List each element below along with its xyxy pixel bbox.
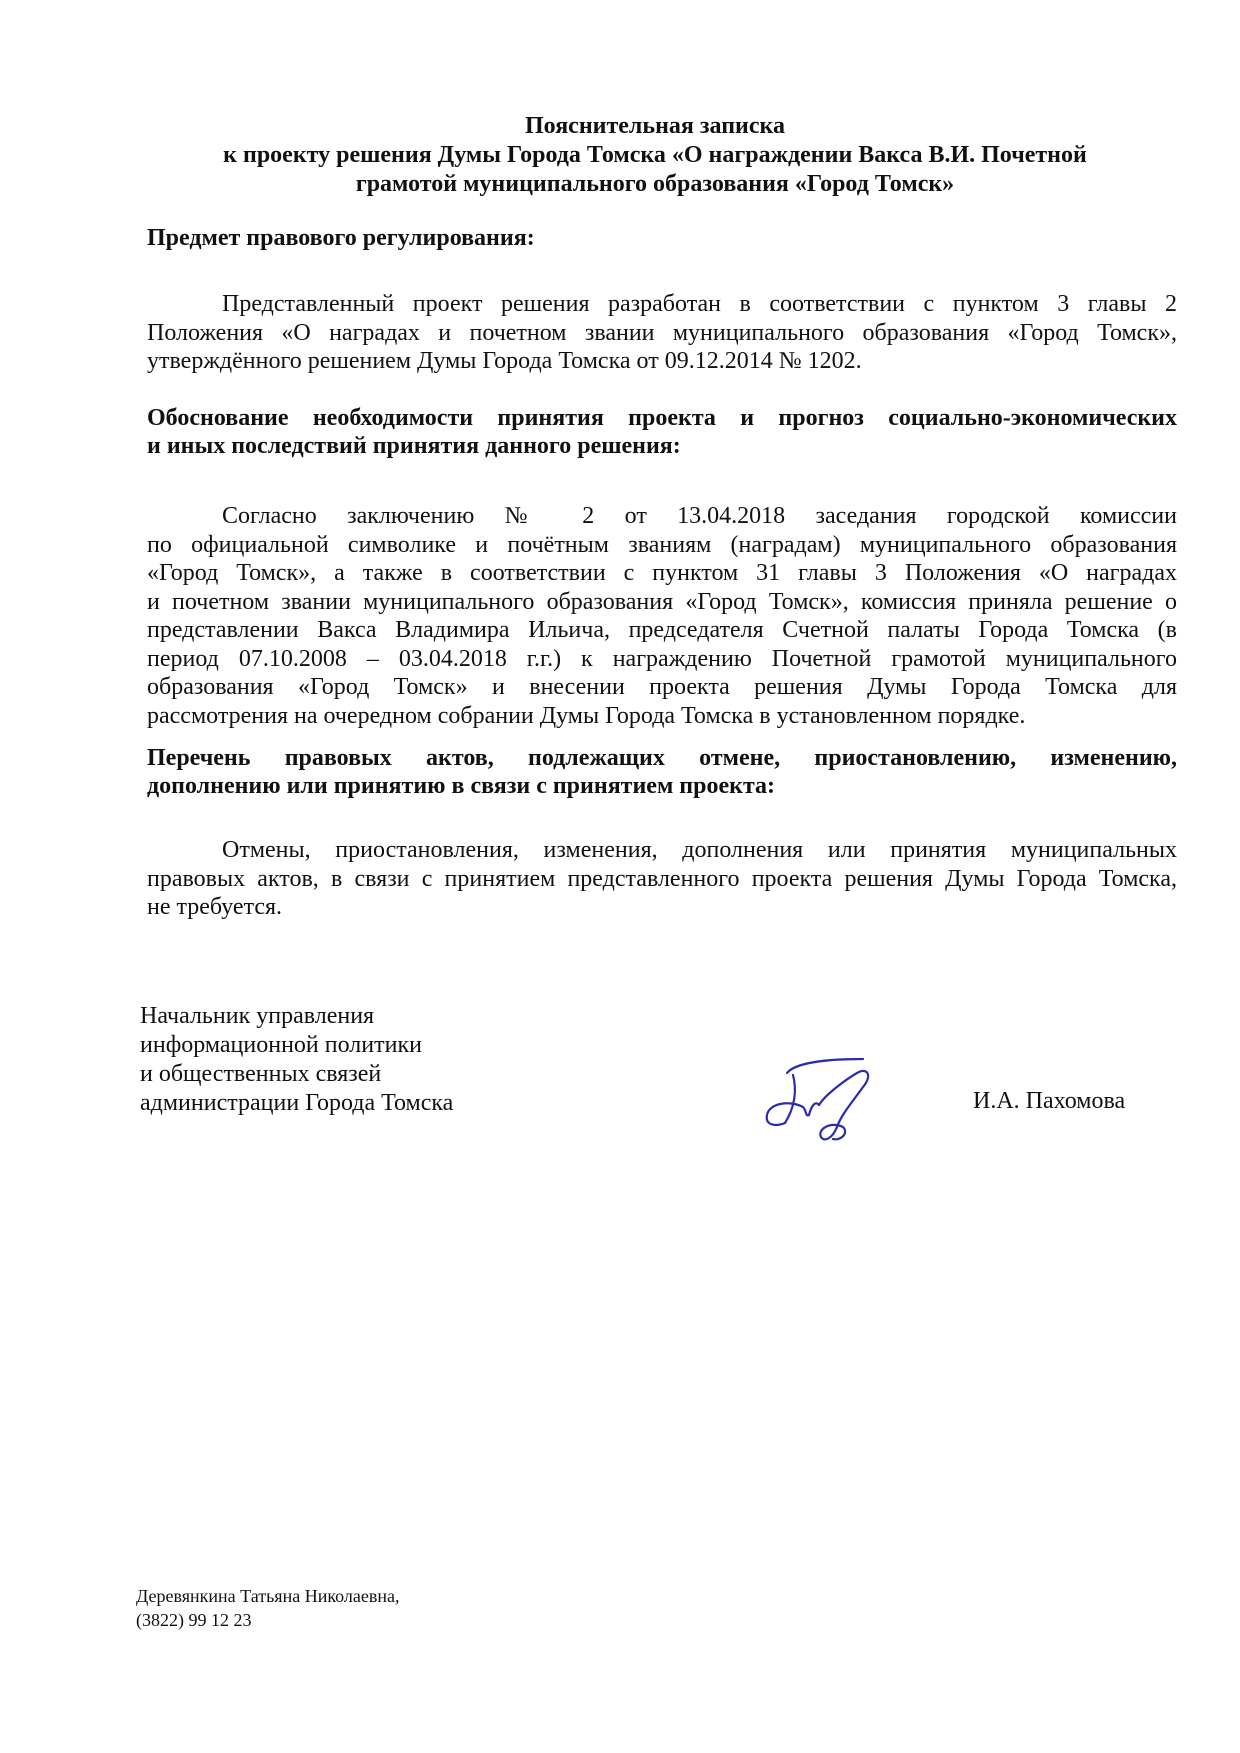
heading-line: и иных последствий принятия данного реше… xyxy=(147,432,1177,460)
document-title-line-3: грамотой муниципального образования «Гор… xyxy=(150,170,1160,199)
text-line: не требуется. xyxy=(147,893,1177,922)
text-line: правовых актов, в связи с принятием пред… xyxy=(147,865,1177,894)
text-line: Положения «О наградах и почетном звании … xyxy=(147,319,1177,348)
heading-line: дополнению или принятию в связи с принят… xyxy=(147,772,1177,800)
position-line: администрации Города Томска xyxy=(140,1089,453,1118)
section-heading-subject: Предмет правового регулирования: xyxy=(147,224,1177,252)
text-line: Согласно заключению № 2 от 13.04.2018 за… xyxy=(147,502,1177,531)
position-line: Начальник управления xyxy=(140,1002,453,1031)
section-heading-legal-acts: Перечень правовых актов, подлежащих отме… xyxy=(147,744,1177,800)
executor-name: Деревянкина Татьяна Николаевна, xyxy=(136,1584,400,1608)
heading-line: Обоснование необходимости принятия проек… xyxy=(147,404,1177,432)
text-line: Отмены, приостановления, изменения, допо… xyxy=(147,836,1177,865)
text-line: образования «Город Томск» и внесении про… xyxy=(147,673,1177,702)
text-line: и почетном звании муниципального образов… xyxy=(147,588,1177,617)
document-page: Пояснительная записка к проекту решения … xyxy=(0,0,1240,1753)
executor-info: Деревянкина Татьяна Николаевна, (3822) 9… xyxy=(136,1584,400,1632)
document-title-line-1: Пояснительная записка xyxy=(150,112,1160,141)
text-line: рассмотрения на очередном собрании Думы … xyxy=(147,702,1177,731)
section-body-justification: Согласно заключению № 2 от 13.04.2018 за… xyxy=(147,502,1177,730)
heading-line: Перечень правовых актов, подлежащих отме… xyxy=(147,744,1177,772)
section-heading-justification: Обоснование необходимости принятия проек… xyxy=(147,404,1177,460)
signatory-name: И.А. Пахомова xyxy=(973,1088,1125,1115)
executor-phone: (3822) 99 12 23 xyxy=(136,1608,400,1632)
position-line: информационной политики xyxy=(140,1031,453,1060)
signatory-position: Начальник управления информационной поли… xyxy=(140,1002,453,1118)
handwritten-signature-icon xyxy=(745,1045,885,1150)
text-line: Представленный проект решения разработан… xyxy=(147,290,1177,319)
text-line: утверждённого решением Думы Города Томск… xyxy=(147,347,1177,376)
text-line: по официальной символике и почётным зван… xyxy=(147,531,1177,560)
section-body-subject: Представленный проект решения разработан… xyxy=(147,290,1177,376)
document-title-line-2: к проекту решения Думы Города Томска «О … xyxy=(150,141,1160,170)
text-line: представлении Вакса Владимира Ильича, пр… xyxy=(147,616,1177,645)
text-line: период 07.10.2008 – 03.04.2018 г.г.) к н… xyxy=(147,645,1177,674)
section-body-legal-acts: Отмены, приостановления, изменения, допо… xyxy=(147,836,1177,922)
text-line: «Город Томск», а также в соответствии с … xyxy=(147,559,1177,588)
position-line: и общественных связей xyxy=(140,1060,453,1089)
